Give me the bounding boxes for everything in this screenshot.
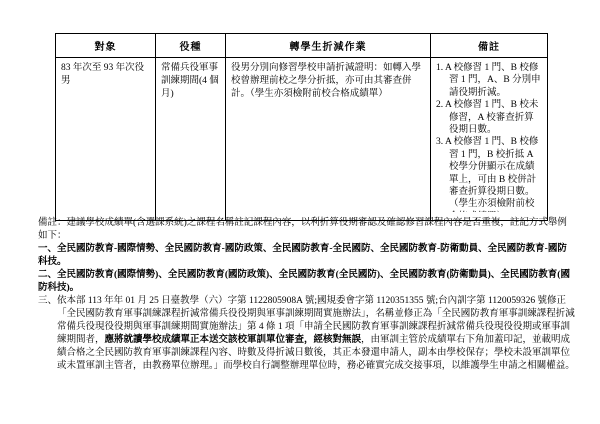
document-page: 對象 役種 轉學生折減作業 備註 83 年次至 93 年次役男 常備兵役軍事訓練… <box>0 0 600 424</box>
notes-item-3-bold-text: 應將就讀學校成績單正本送交該校軍訓單位審查，經核對無誤 <box>105 335 362 345</box>
target-text: 83 年次至 93 年次役男 <box>61 62 150 212</box>
cell-service-type: 常備兵役軍事訓練期間(4 個月) <box>156 58 226 221</box>
notes-item-3-marker: 三、 <box>38 296 57 306</box>
col-header-service-type: 役種 <box>156 34 226 58</box>
notes-intro: 備註：建議學校成績單(含選課系統)之課程名稱註記課程內容，以利折算役期審認及確認… <box>38 217 576 243</box>
notes-section: 備註：建議學校成績單(含選課系統)之課程名稱註記課程內容，以利折算役期審認及確認… <box>38 217 576 373</box>
notes-item-1: 一、全民國防教育-國際情勢、全民國防教育-國防政策、全民國防教育-全民國防、全民… <box>38 243 576 269</box>
remark-item-3: 3. A 校修習 1 門、B 校修習 1 門，B 校折抵 A 校學分併顯示在成績… <box>436 136 542 212</box>
reduction-procedure-table: 對象 役種 轉學生折減作業 備註 83 年次至 93 年次役男 常備兵役軍事訓練… <box>55 33 548 221</box>
table-header-row: 對象 役種 轉學生折減作業 備註 <box>56 34 548 58</box>
cell-remarks: 1. A 校修習 1 門、B 校修習 1 門，A、B 分別申請役期折減。 2. … <box>431 58 548 221</box>
transfer-procedure-text: 役男分別向修習學校申請折減證明：如轉入學校曾辦理前校之學分折抵，亦可由其審查併計… <box>231 62 425 212</box>
service-type-text: 常備兵役軍事訓練期間(4 個月) <box>161 62 220 212</box>
notes-item-2: 二、全民國防教育(國際情勢)、全民國防教育(國防政策)、全民國防教育(全民國防)… <box>38 269 576 295</box>
remark-item-1: 1. A 校修習 1 門、B 校修習 1 門，A、B 分別申請役期折減。 <box>436 62 542 99</box>
remarks-list: 1. A 校修習 1 門、B 校修習 1 門，A、B 分別申請役期折減。 2. … <box>436 62 542 212</box>
cell-target: 83 年次至 93 年次役男 <box>56 58 156 221</box>
col-header-remarks: 備註 <box>431 34 548 58</box>
notes-item-3: 三、依本部 113 年年 01 月 25 日臺教學（六）字第 112280590… <box>38 295 576 373</box>
cell-transfer-procedure: 役男分別向修習學校申請折減證明：如轉入學校曾辦理前校之學分折抵，亦可由其審查併計… <box>226 58 431 221</box>
col-header-transfer-procedure: 轉學生折減作業 <box>226 34 431 58</box>
col-header-target: 對象 <box>56 34 156 58</box>
remark-item-2: 2. A 校修習 1 門、B 校未修習，A 校審查折算役期日數。 <box>436 99 542 136</box>
table-row: 83 年次至 93 年次役男 常備兵役軍事訓練期間(4 個月) 役男分別向修習學… <box>56 58 548 221</box>
